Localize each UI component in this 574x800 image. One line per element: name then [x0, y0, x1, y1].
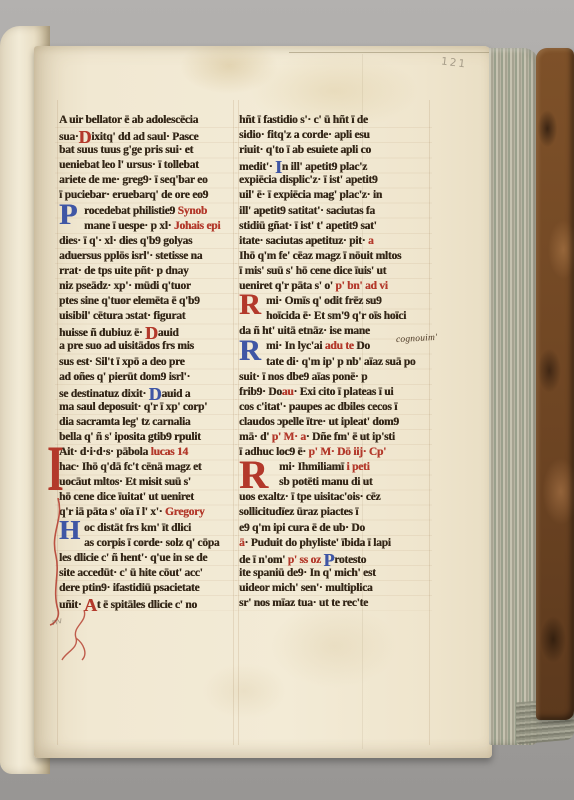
text-line: uil' ē· ī expiēcia mag' plac'z· in: [239, 188, 428, 203]
body-text: ad oñes q' pierūt dom9 isrl'·: [59, 371, 190, 383]
body-text: · Dñe fm' ē ut ip'sti: [306, 431, 395, 443]
body-text: les dlicie c' ñ hent'· q'ue in se de: [59, 552, 207, 564]
body-text: · Exi cito ī plateas ī ui: [293, 386, 393, 398]
text-line: as corpis ī corde· solz q' cōpa: [59, 536, 233, 551]
text-line: ill' apetit9 satitat'· saciutas fa: [239, 204, 428, 219]
body-text: Ihō q'm fe' cēaz magz ī nōuit mltos: [239, 250, 401, 262]
text-line: se destinatuz dixit· Dauid a: [59, 385, 233, 400]
body-text: sus est· Sil't ī xpō a deo pre: [59, 356, 185, 368]
rubric-text: ad vi: [365, 280, 388, 292]
body-text: bat suus tuus g'ge pris sui· et: [59, 144, 193, 156]
body-text: a pre suo ad uisitādos frs mis: [59, 340, 194, 352]
initial-letter: D: [78, 128, 91, 143]
text-line: ī mis' suū s' hō cene dice īuis' ut: [239, 264, 428, 279]
initial-letter: D: [145, 324, 158, 339]
text-line: hac· Ihō q'dā fc't cēnā magz et: [59, 460, 233, 475]
rubric-text: adu te: [325, 340, 354, 352]
body-text: expiēcia displic'z· ī ist' apetit9: [239, 174, 377, 186]
body-text: stidiū gñat· ī ist' t' apetit9 sat': [239, 220, 377, 232]
page-edge-stack: [489, 48, 539, 745]
body-text: Do: [354, 340, 370, 352]
body-text: mi· Ihmiliamī: [279, 461, 346, 473]
body-text: sr' nos mīaz tua· ut te rec'te: [239, 597, 368, 609]
text-line: uñit· At ē spitāles dlicie c' no: [59, 596, 233, 611]
text-line: q'r iā pāta s' oīa ī l' x'· Gregory: [59, 505, 233, 520]
body-text: sollicitudīez ūraz piactes ī: [239, 506, 358, 518]
body-text: ueniebat leo l' ursus· ī tollebat: [59, 159, 199, 171]
text-line: ariete de me· greg9· ī seq'bar eo: [59, 173, 233, 188]
body-text: hñt ī fastidio s'· c' ū hñt ī de: [239, 114, 368, 126]
body-text: ptes sine q'tuor elemēta ē q'b9: [59, 295, 200, 307]
body-text: rotesto: [334, 554, 366, 566]
text-line: dia sacramta leg' tz carnalia: [59, 415, 233, 430]
facing-page-text: [0, 260, 16, 508]
text-line: sua·Dixitq' dd ad saul· Pasce: [59, 128, 233, 143]
body-text: de ī n'om': [239, 554, 288, 566]
body-text: riuit· q'to ī ab esuiete apli co: [239, 144, 371, 156]
drop-initial-h: H: [59, 518, 80, 542]
body-text: niz pseādz· xp'· mūdi q'tuor: [59, 280, 191, 292]
rubric-text: a: [368, 235, 374, 247]
text-line: Ait· d·i·d·s· pābola lucas 14: [59, 445, 233, 460]
body-text: · Puduit do phyliste' ībida ī lapi: [245, 537, 391, 549]
body-text: rocedebat philistie9: [84, 205, 178, 217]
ruling-line: [57, 100, 58, 745]
body-text: n ill' apetit9 plac'z: [282, 161, 367, 173]
text-line: ptes sine q'tuor elemēta ē q'b9: [59, 294, 233, 309]
body-text: auid a: [161, 388, 190, 400]
body-text: uil' ē· ī expiēcia mag' plac'z· in: [239, 189, 382, 201]
text-line: oc distāt frs km' īt dlici: [59, 521, 233, 536]
text-line: ueniebat leo l' ursus· ī tollebat: [59, 158, 233, 173]
body-text: hac· Ihō q'dā fc't cēnā magz et: [59, 461, 201, 473]
rubric-text: i peti: [346, 461, 369, 473]
text-line: a pre suo ad uisitādos frs mis: [59, 339, 233, 354]
text-line: tate di· q'm ip' p nb' aīaz suā po: [239, 355, 428, 370]
drop-initial-i: I: [47, 442, 63, 501]
body-text: sidio· fitq'z a corde· apli esu: [239, 129, 370, 141]
rubric-text: Gregory: [165, 506, 205, 518]
text-line: hoīcida ē· Et sm'9 q'r oīs hoīci: [239, 309, 428, 324]
body-text: auid: [158, 327, 179, 339]
body-text: ariete de me· greg9· ī seq'bar eo: [59, 174, 207, 186]
rubric-text: p' ss oz: [288, 554, 324, 566]
body-text: dies· ī q'· xl· dies q'b9 golyas: [59, 235, 192, 247]
ruling-line: [233, 100, 234, 745]
text-line: sollicitudīez ūraz piactes ī: [239, 505, 428, 520]
text-line: itate· saciutas apetituz· pit· a: [239, 234, 428, 249]
text-line: dies· ī q'· xl· dies q'b9 golyas: [59, 234, 233, 249]
body-text: dia sacramta leg' tz carnalia: [59, 416, 190, 428]
body-text: ite spaniū de9· In q' mich' est: [239, 567, 376, 579]
manuscript-photo: A uir bellator ē ab adolescēciasua·Dixit…: [0, 0, 574, 800]
body-text: hoīcida ē· Et sm'9 q'r oīs hoīci: [266, 310, 406, 322]
body-text: ixitq' dd ad saul· Pasce: [91, 131, 198, 143]
text-line: uideor mich' sen'· multiplica: [239, 581, 428, 596]
initial-letter: I: [275, 158, 282, 173]
text-line: suit· ī nos dbe9 aīas ponē· p: [239, 370, 428, 385]
drop-initial-r: R: [239, 291, 260, 318]
body-text: oc distāt frs km' īt dlici: [84, 522, 191, 534]
rubric-text: p' bn': [335, 280, 362, 292]
text-line: ite spaniū de9· In q' mich' est: [239, 566, 428, 581]
text-line: sidio· fitq'z a corde· apli esu: [239, 128, 428, 143]
rubric-text: lucas 14: [151, 446, 188, 458]
body-text: t ē spitāles dlicie c' no: [97, 599, 197, 611]
body-text: bella q' ñ s' iposita gtib9 rpulit: [59, 431, 201, 443]
body-text: ma saul deposuit· q'r ī xp' corp': [59, 401, 207, 413]
text-line: dere ptin9· ifastidiū psacietate: [59, 581, 233, 596]
body-text: mane ī uespe· p xl·: [84, 220, 174, 232]
text-line: aduersus pplōs isrl'· stetisse na: [59, 249, 233, 264]
body-text: A uir bellator ē ab adolescēcia: [59, 114, 198, 126]
text-line: expiēcia displic'z· ī ist' apetit9: [239, 173, 428, 188]
body-text: suit· ī nos dbe9 aīas ponē· p: [239, 371, 367, 383]
body-text: rrat· de tps uite pñt· p dnay: [59, 265, 189, 277]
body-text: cos c'itat'· paupes ac dbiles cecos ī: [239, 401, 397, 413]
body-text: medit'·: [239, 161, 275, 173]
body-text: hō cene dice īuitat' ut ueniret: [59, 491, 194, 503]
text-line: mā· d' p' M· a· Dñe fm' ē ut ip'sti: [239, 430, 428, 445]
text-line: niz pseādz· xp'· mūdi q'tuor: [59, 279, 233, 294]
body-text: as corpis ī corde· solz q' cōpa: [84, 537, 219, 549]
body-text: ill' apetit9 satitat'· saciutas fa: [239, 205, 375, 217]
text-line: rocedebat philistie9 Synob: [59, 204, 233, 219]
rubric-text: Johais epi: [174, 220, 220, 232]
body-text: uocāut mltos· Et misit suū s': [59, 476, 191, 488]
text-line: claudos ɔpelle ītre· ut ipleat' dom9: [239, 415, 428, 430]
body-text: frib9· Do: [239, 386, 282, 398]
under-leaf-edge: [289, 52, 519, 53]
text-line: hō cene dice īuitat' ut ueniret: [59, 490, 233, 505]
body-text: claudos ɔpelle ītre· ut ipleat' dom9: [239, 416, 399, 428]
text-column-right: hñt ī fastidio s'· c' ū hñt ī desidio· f…: [239, 113, 428, 611]
text-column-left: A uir bellator ē ab adolescēciasua·Dixit…: [59, 113, 233, 611]
text-line: bat suus tuus g'ge pris sui· et: [59, 143, 233, 158]
body-text: aduersus pplōs isrl'· stetisse na: [59, 250, 202, 262]
body-text: mā· d': [239, 431, 272, 443]
body-text: huisse ñ dubiuz ē·: [59, 327, 145, 339]
drop-initial-p: P: [59, 201, 77, 228]
text-line: cos c'itat'· paupes ac dbiles cecos ī: [239, 400, 428, 415]
text-line: mane ī uespe· p xl· Johais epi: [59, 219, 233, 234]
body-text: tate di· q'm ip' p nb' aīaz suā po: [266, 356, 415, 368]
body-text: sua·: [59, 131, 78, 143]
rubric-text: au: [282, 386, 294, 398]
text-line: uisibil' cētura ɔstat· figurat: [59, 309, 233, 324]
body-text: uisibil' cētura ɔstat· figurat: [59, 310, 185, 322]
text-line: les dlicie c' ñ hent'· q'ue in se de: [59, 551, 233, 566]
body-text: se destinatuz dixit·: [59, 388, 149, 400]
text-line: sr' nos mīaz tua· ut te rec'te: [239, 596, 428, 611]
body-text: e9 q'm ipi cura ē de ub· Do: [239, 522, 365, 534]
initial-letter: A: [84, 596, 97, 611]
text-line: A uir bellator ē ab adolescēcia: [59, 113, 233, 128]
body-text: Ait· d·i·d·s· pābola: [59, 446, 151, 458]
initial-letter: D: [149, 385, 162, 400]
text-line: e9 q'm ipi cura ē de ub· Do: [239, 521, 428, 536]
body-text: ī mis' suū s' hō cene dice īuis' ut: [239, 265, 386, 277]
text-line: ī puciebar· eruebarq' de ore eo9: [59, 188, 233, 203]
text-line: uocāut mltos· Et misit suū s': [59, 475, 233, 490]
text-line: ad oñes q' pierūt dom9 isrl'·: [59, 370, 233, 385]
text-line: Ihō q'm fe' cēaz magz ī nōuit mltos: [239, 249, 428, 264]
text-line: ā· Puduit do phyliste' ībida ī lapi: [239, 536, 428, 551]
text-line: sus est· Sil't ī xpō a deo pre: [59, 355, 233, 370]
text-line: ma saul deposuit· q'r ī xp' corp': [59, 400, 233, 415]
body-text: site accedūt· c' ū hite cōut' acc': [59, 567, 203, 579]
text-line: de ī n'om' p' ss oz Protesto: [239, 551, 428, 566]
text-line: riuit· q'to ī ab esuiete apli co: [239, 143, 428, 158]
rubric-text: p' M· Dō iij· Cp': [308, 446, 386, 458]
text-line: medit'· In ill' apetit9 plac'z: [239, 158, 428, 173]
drop-initial-r: R: [239, 457, 268, 493]
body-text: mi· Omīs q' odit frēz su9: [266, 295, 381, 307]
ruling-line: [429, 100, 430, 745]
rubric-text: p' M· a: [272, 431, 306, 443]
text-line: huisse ñ dubiuz ē· Dauid: [59, 324, 233, 339]
text-line: frib9· Doau· Exi cito ī plateas ī ui: [239, 385, 428, 400]
text-line: site accedūt· c' ū hite cōut' acc': [59, 566, 233, 581]
body-text: sb potēti manu di ut: [279, 476, 372, 488]
text-line: ueniret q'r pāta s' o' p' bn' ad vi: [239, 279, 428, 294]
text-line: hñt ī fastidio s'· c' ū hñt ī de: [239, 113, 428, 128]
body-text: uñit·: [59, 599, 84, 611]
text-line: mi· Omīs q' odit frēz su9: [239, 294, 428, 309]
text-line: bella q' ñ s' iposita gtib9 rpulit: [59, 430, 233, 445]
initial-letter: P: [323, 551, 334, 566]
text-line: rrat· de tps uite pñt· p dnay: [59, 264, 233, 279]
drop-initial-r: R: [239, 337, 260, 364]
body-text: mi· In lyc'ai: [266, 340, 325, 352]
body-text: dere ptin9· ifastidiū psacietate: [59, 582, 199, 594]
rubric-text: Synob: [178, 205, 207, 217]
leather-cover: [536, 48, 574, 720]
text-line: stidiū gñat· ī ist' t' apetit9 sat': [239, 219, 428, 234]
facing-page-text: [0, 560, 13, 672]
body-text: itate· saciutas apetituz· pit·: [239, 235, 368, 247]
body-text: ī puciebar· eruebarq' de ore eo9: [59, 189, 208, 201]
body-text: uideor mich' sen'· multiplica: [239, 582, 372, 594]
